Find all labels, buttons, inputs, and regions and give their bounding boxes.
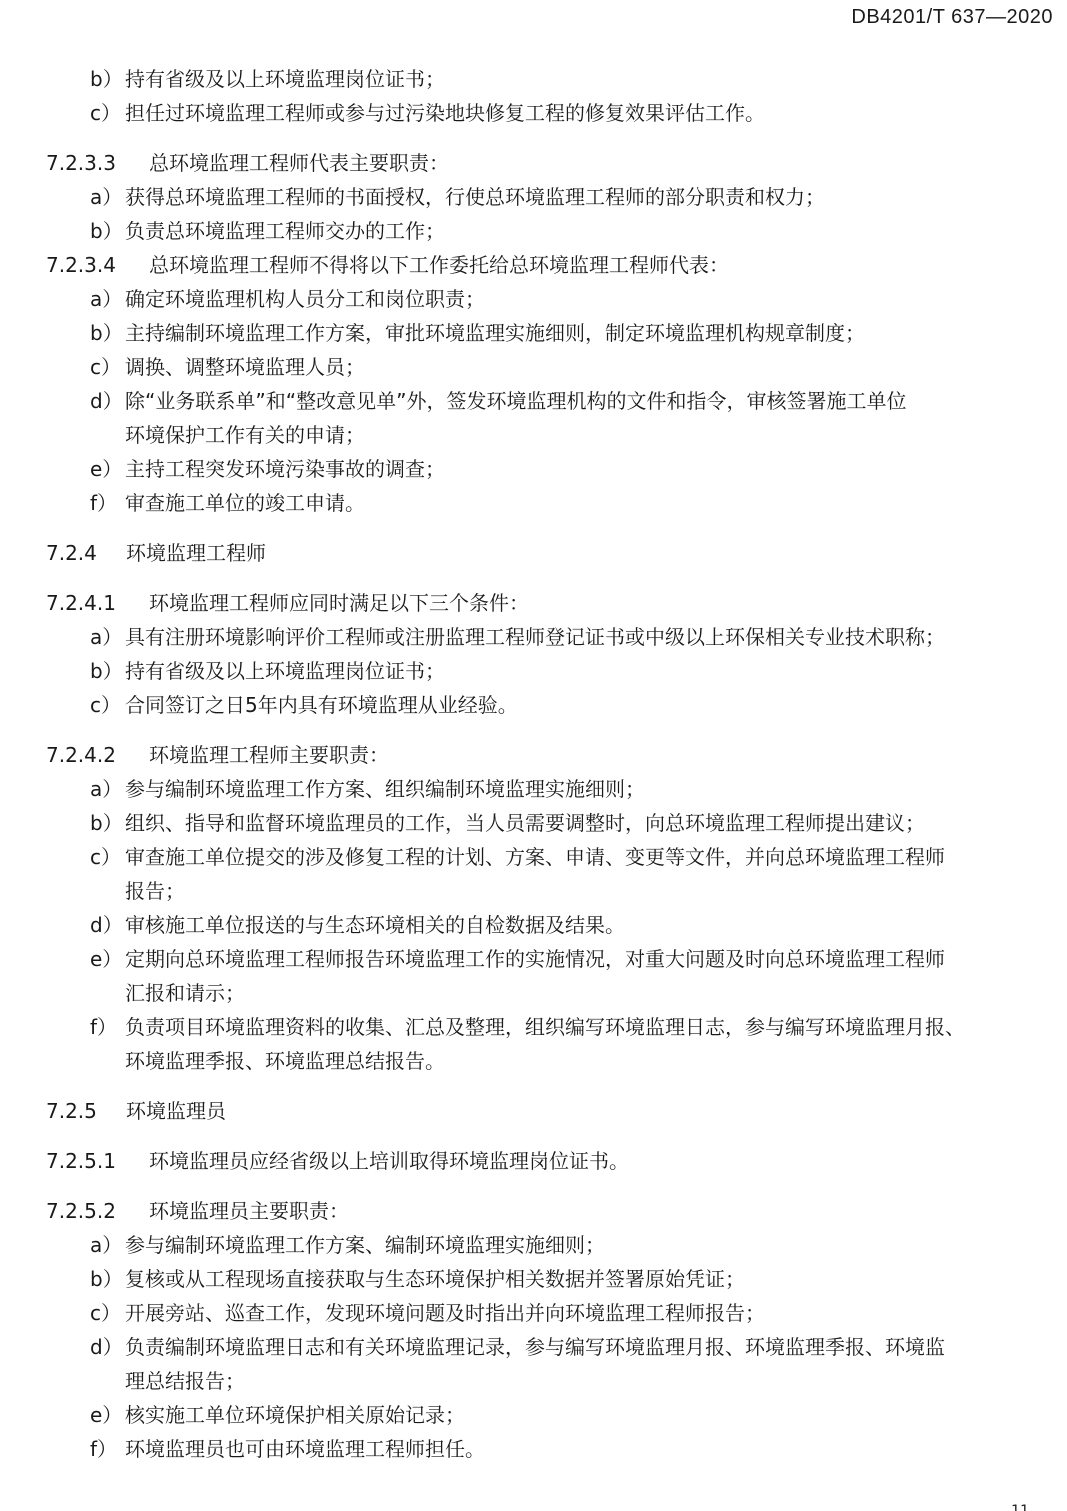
clause-title: 7.2.4.1环境监理工程师应同时满足以下三个条件： xyxy=(46,591,529,615)
list-item: b）持有省级及以上环境监理岗位证书； xyxy=(90,659,445,683)
list-item: f）环境监理员也可由环境监理工程师担任。 xyxy=(90,1437,485,1461)
section-heading: 7.2.5环境监理员 xyxy=(46,1099,226,1123)
line-text: 环境监理员 xyxy=(126,1099,226,1123)
line-text: 组织、指导和监督环境监理员的工作，当人员需要调整时，向总环境监理工程师提出建议； xyxy=(125,811,925,835)
line-text: 环境监理工程师 xyxy=(126,541,266,565)
list-marker: b） xyxy=(90,659,125,683)
line-text: 负责项目环境监理资料的收集、汇总及整理，组织编写环境监理日志，参与编写环境监理月… xyxy=(125,1015,965,1039)
line-text: 主持工程突发环境污染事故的调查； xyxy=(125,457,445,481)
line-text: 除“业务联系单”和“整改意见单”外，签发环境监理机构的文件和指令，审核签署施工单… xyxy=(125,389,906,413)
line-text: 持有省级及以上环境监理岗位证书； xyxy=(125,659,445,683)
list-marker: c） xyxy=(90,693,125,717)
list-marker: c） xyxy=(90,1301,125,1325)
clause-number: 7.2.3.4 xyxy=(46,253,149,277)
line-text: 主持编制环境监理工作方案，审批环境监理实施细则，制定环境监理机构规章制度； xyxy=(125,321,865,345)
line-text: 环境监理季报、环境监理总结报告。 xyxy=(125,1049,445,1073)
list-marker: b） xyxy=(90,67,125,91)
line-text: 担任过环境监理工程师或参与过污染地块修复工程的修复效果评估工作。 xyxy=(125,101,765,125)
line-text: 合同签订之日5年内具有环境监理从业经验。 xyxy=(125,693,518,717)
list-item: c）合同签订之日5年内具有环境监理从业经验。 xyxy=(90,693,518,717)
line-text: 审查施工单位提交的涉及修复工程的计划、方案、申请、变更等文件，并向总环境监理工程… xyxy=(125,845,945,869)
line-text: 核实施工单位环境保护相关原始记录； xyxy=(125,1403,465,1427)
list-item-continuation: 环境保护工作有关的申请； xyxy=(125,423,365,447)
clause-title: 7.2.5.1环境监理员应经省级以上培训取得环境监理岗位证书。 xyxy=(46,1149,629,1173)
line-text: 持有省级及以上环境监理岗位证书； xyxy=(125,67,445,91)
list-marker: f） xyxy=(90,491,125,515)
list-marker: e） xyxy=(90,947,125,971)
list-marker: a） xyxy=(90,1233,125,1257)
list-item-continuation: 汇报和请示； xyxy=(125,981,245,1005)
list-marker: b） xyxy=(90,811,125,835)
clause-number: 7.2.3.3 xyxy=(46,151,149,175)
list-marker: f） xyxy=(90,1015,125,1039)
list-item: e）定期向总环境监理工程师报告环境监理工作的实施情况，对重大问题及时向总环境监理… xyxy=(90,947,945,971)
line-text: 汇报和请示； xyxy=(125,981,245,1005)
line-text: 审核施工单位报送的与生态环境相关的自检数据及结果。 xyxy=(125,913,625,937)
list-item: c）担任过环境监理工程师或参与过污染地块修复工程的修复效果评估工作。 xyxy=(90,101,765,125)
line-text: 确定环境监理机构人员分工和岗位职责； xyxy=(125,287,485,311)
line-text: 负责总环境监理工程师交办的工作； xyxy=(125,219,445,243)
list-marker: a） xyxy=(90,185,125,209)
line-text: 参与编制环境监理工作方案、组织编制环境监理实施细则； xyxy=(125,777,645,801)
line-text: 调换、调整环境监理人员； xyxy=(125,355,365,379)
line-text: 总环境监理工程师不得将以下工作委托给总环境监理工程师代表： xyxy=(149,253,729,277)
list-marker: a） xyxy=(90,287,125,311)
line-text: 开展旁站、巡查工作，发现环境问题及时指出并向环境监理工程师报告； xyxy=(125,1301,765,1325)
list-item: a）参与编制环境监理工作方案、组织编制环境监理实施细则； xyxy=(90,777,645,801)
list-marker: d） xyxy=(90,389,125,413)
list-item: b）负责总环境监理工程师交办的工作； xyxy=(90,219,445,243)
list-marker: a） xyxy=(90,625,125,649)
list-item: a）具有注册环境影响评价工程师或注册监理工程师登记证书或中级以上环保相关专业技术… xyxy=(90,625,945,649)
line-text: 总环境监理工程师代表主要职责： xyxy=(149,151,449,175)
line-text: 复核或从工程现场直接获取与生态环境保护相关数据并签署原始凭证； xyxy=(125,1267,745,1291)
line-text: 理总结报告； xyxy=(125,1369,245,1393)
line-text: 负责编制环境监理日志和有关环境监理记录，参与编写环境监理月报、环境监理季报、环境… xyxy=(125,1335,945,1359)
list-item: c）开展旁站、巡查工作，发现环境问题及时指出并向环境监理工程师报告； xyxy=(90,1301,765,1325)
page-number: 11 xyxy=(1011,1503,1029,1511)
line-text: 环境保护工作有关的申请； xyxy=(125,423,365,447)
list-item: e）核实施工单位环境保护相关原始记录； xyxy=(90,1403,465,1427)
list-marker: c） xyxy=(90,101,125,125)
line-text: 环境监理工程师应同时满足以下三个条件： xyxy=(149,591,529,615)
list-item: b）主持编制环境监理工作方案，审批环境监理实施细则，制定环境监理机构规章制度； xyxy=(90,321,865,345)
section-heading: 7.2.4环境监理工程师 xyxy=(46,541,266,565)
line-text: 参与编制环境监理工作方案、编制环境监理实施细则； xyxy=(125,1233,605,1257)
list-marker: e） xyxy=(90,1403,125,1427)
clause-number: 7.2.4.1 xyxy=(46,591,149,615)
list-item: e）主持工程突发环境污染事故的调查； xyxy=(90,457,445,481)
list-item-continuation: 报告； xyxy=(125,879,185,903)
line-text: 环境监理员应经省级以上培训取得环境监理岗位证书。 xyxy=(149,1149,629,1173)
list-item-continuation: 环境监理季报、环境监理总结报告。 xyxy=(125,1049,445,1073)
line-text: 环境监理工程师主要职责： xyxy=(149,743,389,767)
list-marker: d） xyxy=(90,1335,125,1359)
line-text: 报告； xyxy=(125,879,185,903)
list-marker: f） xyxy=(90,1437,125,1461)
line-text: 环境监理员也可由环境监理工程师担任。 xyxy=(125,1437,485,1461)
line-text: 具有注册环境影响评价工程师或注册监理工程师登记证书或中级以上环保相关专业技术职称… xyxy=(125,625,945,649)
list-item: c）审查施工单位提交的涉及修复工程的计划、方案、申请、变更等文件，并向总环境监理… xyxy=(90,845,945,869)
list-marker: b） xyxy=(90,219,125,243)
list-item: b）组织、指导和监督环境监理员的工作，当人员需要调整时，向总环境监理工程师提出建… xyxy=(90,811,925,835)
list-item: f）审查施工单位的竣工申请。 xyxy=(90,491,365,515)
list-marker: b） xyxy=(90,321,125,345)
list-item: d）负责编制环境监理日志和有关环境监理记录，参与编写环境监理月报、环境监理季报、… xyxy=(90,1335,945,1359)
list-item: a）确定环境监理机构人员分工和岗位职责； xyxy=(90,287,485,311)
list-item: f）负责项目环境监理资料的收集、汇总及整理，组织编写环境监理日志，参与编写环境监… xyxy=(90,1015,965,1039)
clause-number: 7.2.5.2 xyxy=(46,1199,149,1223)
list-marker: c） xyxy=(90,355,125,379)
list-marker: a） xyxy=(90,777,125,801)
document-code-header: DB4201/T 637—2020 xyxy=(851,6,1053,29)
list-item: a）参与编制环境监理工作方案、编制环境监理实施细则； xyxy=(90,1233,605,1257)
list-marker: b） xyxy=(90,1267,125,1291)
list-marker: d） xyxy=(90,913,125,937)
list-marker: e） xyxy=(90,457,125,481)
line-text: 定期向总环境监理工程师报告环境监理工作的实施情况，对重大问题及时向总环境监理工程… xyxy=(125,947,945,971)
line-text: 环境监理员主要职责： xyxy=(149,1199,349,1223)
list-item: d）审核施工单位报送的与生态环境相关的自检数据及结果。 xyxy=(90,913,625,937)
list-item: b）持有省级及以上环境监理岗位证书； xyxy=(90,67,445,91)
list-item: b）复核或从工程现场直接获取与生态环境保护相关数据并签署原始凭证； xyxy=(90,1267,745,1291)
line-text: 获得总环境监理工程师的书面授权，行使总环境监理工程师的部分职责和权力； xyxy=(125,185,825,209)
clause-number: 7.2.4.2 xyxy=(46,743,149,767)
list-item: a）获得总环境监理工程师的书面授权，行使总环境监理工程师的部分职责和权力； xyxy=(90,185,825,209)
clause-title: 7.2.4.2环境监理工程师主要职责： xyxy=(46,743,389,767)
list-marker: c） xyxy=(90,845,125,869)
list-item-continuation: 理总结报告； xyxy=(125,1369,245,1393)
clause-title: 7.2.3.3总环境监理工程师代表主要职责： xyxy=(46,151,449,175)
clause-number: 7.2.4 xyxy=(46,541,126,565)
clause-number: 7.2.5.1 xyxy=(46,1149,149,1173)
clause-title: 7.2.5.2环境监理员主要职责： xyxy=(46,1199,349,1223)
line-text: 审查施工单位的竣工申请。 xyxy=(125,491,365,515)
list-item: c）调换、调整环境监理人员； xyxy=(90,355,365,379)
list-item: d）除“业务联系单”和“整改意见单”外，签发环境监理机构的文件和指令，审核签署施… xyxy=(90,389,906,413)
clause-title: 7.2.3.4总环境监理工程师不得将以下工作委托给总环境监理工程师代表： xyxy=(46,253,729,277)
clause-number: 7.2.5 xyxy=(46,1099,126,1123)
